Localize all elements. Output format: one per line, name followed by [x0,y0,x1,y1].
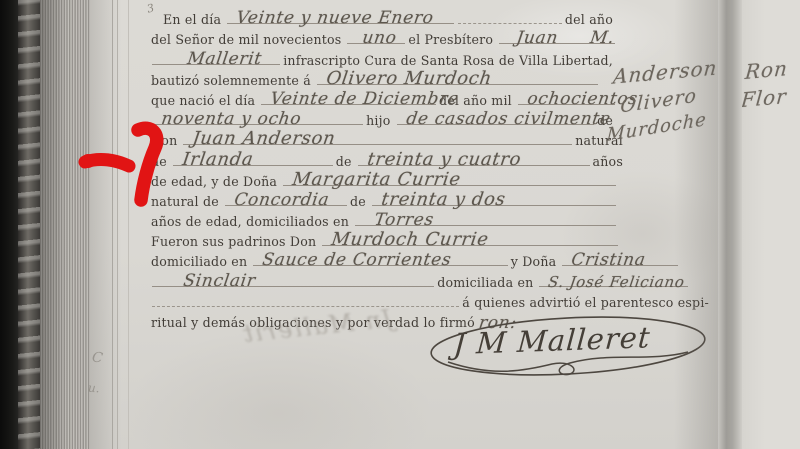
handwritten-entry: treinta y dos [380,189,507,210]
blank-underline: Sauce de Corrientes [253,265,507,266]
blank-underline: de casados civilmente [397,124,595,125]
handwritten-entry: Irlanda [181,149,255,170]
handwritten-entry: S. José Feliciano [547,273,686,291]
blank-underline: Veinte y nueve Enero [227,23,454,24]
blank-underline: Irlanda [173,165,333,166]
printed-label: bautizó solemnemente á [150,73,315,89]
printed-label: Don [150,133,181,149]
faint-margin-mark: u. [88,381,100,396]
form-line-11: años de edad, domiciliados en Torres [150,210,618,230]
printed-label: del Señor de mil novecientos [150,32,345,48]
handwritten-entry: Sinclair [182,271,257,291]
handwritten-entry: Cristina [570,250,647,270]
form-line-7: Don Juan Anderson natural [150,129,627,149]
form-line-9: de edad, y de Doña Margarita Currie [150,170,618,190]
printed-label: de [150,154,171,170]
printed-label: años [592,154,627,170]
printed-label: el Presbítero [407,32,497,48]
next-page-note: Flor [742,84,788,112]
blank-underline: Juan M. [499,43,615,44]
form-line-14: Sinclair domiciliada en S. José Felician… [150,270,690,290]
next-page-note: Ron [744,56,789,84]
handwritten-entry: Concordia [233,190,331,210]
handwritten-entry: de casados civilmente [405,109,612,129]
handwritten-entry: Margarita Currie [291,169,462,190]
blank-underline: treinta y cuatro [358,165,590,166]
printed-label: infrascripto Cura de Santa Rosa de Villa… [282,53,617,69]
handwritten-entry: uno [361,28,398,48]
printed-label: Fueron sus padrinos Don [150,234,320,250]
printed-label: natural de [150,194,223,210]
page-fold-line [128,0,129,449]
page-fold-line [112,0,113,449]
printed-label: de [335,154,356,170]
page-edge-stack [40,0,90,449]
book-cover-edge [0,0,18,449]
printed-label: domiciliado en [150,254,251,270]
blank-underline: Margarita Currie [283,185,616,186]
form-line-13: domiciliado en Sauce de Corrientes y Doñ… [150,250,680,270]
handwritten-entry: noventa y ocho [160,109,303,129]
handwritten-entry: treinta y cuatro [366,149,523,170]
form-line-6: noventa y ocho hijo de casados civilment… [150,109,617,129]
handwritten-entry: Olivero Murdoch [325,68,493,89]
form-line-10: natural de Concordia de treinta y dos [150,190,618,210]
blank-underline: Juan Anderson [183,144,572,145]
printed-label: que nació el día [150,93,259,109]
form-line-4: bautizó solemnemente á Olivero Murdoch [150,69,600,89]
blank-underline: Murdoch Currie [322,245,618,246]
form-line-1: En el día Veinte y nueve Enero del año [150,8,617,28]
printed-label: de edad, y de Doña [150,174,281,190]
faint-margin-mark: C [91,349,104,366]
form-line-3: Mallerit infrascripto Cura de Santa Rosa… [150,48,617,68]
scanned-register-photo: 3 C u. En el día Veinte y nueve Enero de… [0,0,800,449]
handwritten-entry: Juan M. [515,28,616,48]
blank-underline: uno [347,43,405,44]
printed-label: años de edad, domiciliados en [150,214,353,230]
page-gutter [718,0,742,449]
blank-underline: Cristina [562,265,678,266]
handwritten-entry: Murdoch Currie [330,229,490,250]
form-line-8: de Irlanda de treinta y cuatro años [150,149,627,169]
blank-underline: Veinte de Diciembre [261,104,436,105]
blank-underline: Concordia [225,205,347,206]
form-line-2: del Señor de mil novecientos uno el Pres… [150,28,617,48]
blank-underline: ochocientos [518,104,615,105]
blank-underline: noventa y ocho [152,124,363,125]
blank-underline: S. José Feliciano [539,286,688,287]
handwritten-entry: Sauce de Corrientes [261,250,453,270]
next-page-edge: Ron Flor [742,0,800,449]
page-fold-line [117,0,118,449]
baptism-record-page: 3 C u. En el día Veinte y nueve Enero de… [90,0,718,449]
book-spine [18,0,40,449]
printed-label: y Doña [510,254,561,270]
printed-label: hijo [365,113,394,129]
blank-underline: treinta y dos [372,205,616,206]
printed-label: de [349,194,370,210]
printed-label: En el día [162,12,225,28]
blank-underline: Olivero Murdoch [317,84,598,85]
blank-underline: Sinclair [152,286,434,287]
printed-label: del año [564,12,617,28]
blank-underline-empty [458,23,562,24]
signature-text: J M Malleret [447,320,651,361]
priest-signature: J M Malleret [420,306,712,386]
handwritten-entry: Veinte y nueve Enero [235,8,435,28]
handwritten-entry: Veinte de Diciembre [269,89,460,109]
printed-form: En el día Veinte y nueve Enero del año d… [150,8,716,331]
form-line-12: Fueron sus padrinos Don Murdoch Currie [150,230,620,250]
blank-underline-empty [152,306,459,307]
handwritten-entry: Juan Anderson [191,128,337,149]
handwritten-entry: Mallerit [186,49,263,69]
blank-underline: Mallerit [152,64,280,65]
blank-underline: Torres [355,225,616,226]
handwritten-entry: Torres [373,210,435,230]
form-line-5: que nació el día Veinte de Diciembre del… [150,89,617,109]
printed-label: domiciliada en [436,275,537,291]
